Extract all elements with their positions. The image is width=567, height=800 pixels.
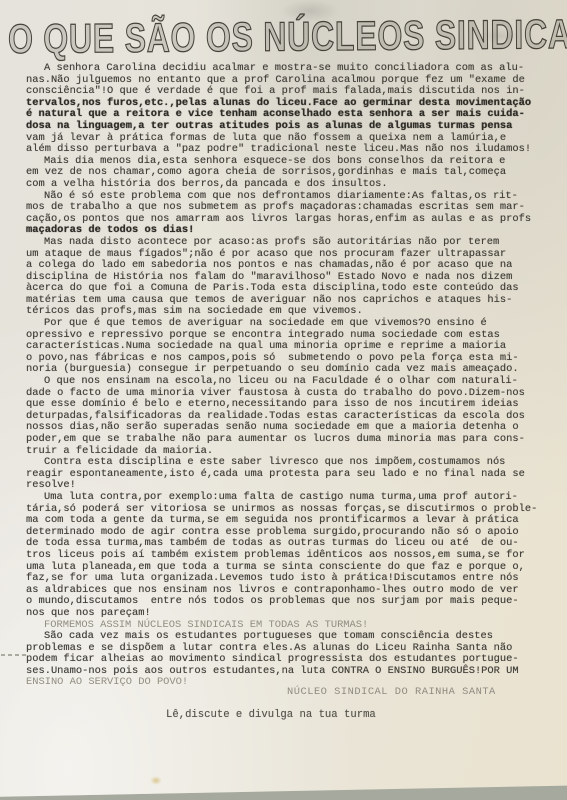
text-line: Mas nada disto acontece por acaso:as pro…: [26, 237, 548, 249]
text-line: nos que nos pareçam!: [26, 608, 548, 620]
footer-slogan: Lê,discute e divulga na tua turma: [166, 709, 376, 721]
document-title: O QUE SÃO OS NÚCLEOS SINDICAIS: [8, 11, 567, 62]
text-line: poder,em que se trabalhe não para aument…: [26, 434, 548, 446]
text-line: O que nos ensinam na escola,no liceu ou …: [26, 376, 548, 388]
margin-pencil-mark: [1, 654, 28, 656]
text-line: com a velha história dos berros,da panca…: [26, 179, 548, 191]
text-line: faz,se for uma luta organizada.Levemos t…: [26, 573, 548, 585]
paragraph: Mas nada disto acontece por acaso:as pro…: [26, 237, 548, 318]
text-line: dosa na linguagem,a ter outras atitudes …: [26, 121, 548, 133]
scanned-paper-sheet: O QUE SÃO OS NÚCLEOS SINDICAIS A senhora…: [0, 0, 567, 800]
paragraph: Por que é que temos de averiguar na soci…: [26, 318, 548, 376]
text-line: São cada vez mais os estudantes portugue…: [26, 631, 548, 643]
text-line: Uma luta contra,por exemplo:uma falta de…: [26, 492, 548, 504]
document-body: A senhora Carolina decidiu acalmar e mos…: [26, 63, 548, 689]
paragraph: Mais dia menos dia,esta senhora esquece-…: [26, 156, 548, 191]
text-line: ma com toda a gente da turma,se em segui…: [26, 515, 548, 527]
paragraph: Não é só este problema com que nos defro…: [26, 191, 548, 237]
paragraph: Uma luta contra,por exemplo:uma falta de…: [26, 492, 548, 620]
paragraph: O que nos ensinam na escola,no liceu ou …: [26, 376, 548, 457]
paragraph: São cada vez mais os estudantes portugue…: [26, 631, 548, 689]
text-line: mos de trabalho a que nos submetem as pr…: [26, 202, 548, 214]
paragraph: A senhora Carolina decidiu acalmar e mos…: [26, 63, 548, 156]
text-line: além disso perturbava a "paz podre" trad…: [26, 144, 548, 156]
text-line: Por que é que temos de averiguar na soci…: [26, 318, 548, 330]
text-line: a colega do lado em sabedoria nos pontos…: [26, 260, 548, 272]
text-line: A senhora Carolina decidiu acalmar e mos…: [26, 63, 548, 75]
text-line: tros liceus pois aí também existem probl…: [26, 550, 548, 562]
text-line: reagir espontaneamente,isto é,cada uma p…: [26, 469, 548, 481]
paragraph: Contra esta disciplina e este saber livr…: [26, 457, 548, 492]
paper-stain: [150, 776, 162, 785]
signature-line: NÚCLEO SINDICAL DO RAINHA SANTA: [287, 686, 496, 698]
